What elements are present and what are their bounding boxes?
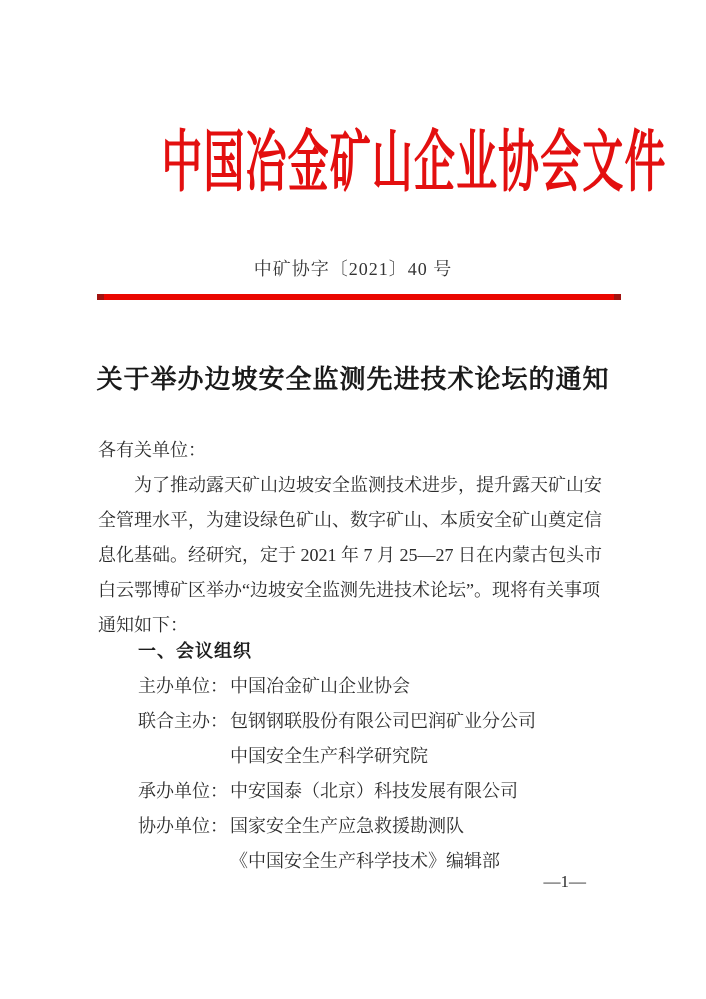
document-page: 中国冶金矿山企业协会文件 中矿协字〔2021〕40 号 关于举办边坡安全监测先进… — [0, 0, 706, 999]
letterhead: 中国冶金矿山企业协会文件 — [0, 127, 706, 199]
document-body: 各有关单位： 为了推动露天矿山边坡安全监测技术进步，提升露天矿山安 全管理水平，… — [98, 433, 622, 879]
organizer-row-cohost-continued: 中国安全生产科学研究院 — [98, 739, 622, 774]
organizer-role-label: 协办单位： — [138, 809, 230, 844]
organizer-row-host: 主办单位： 中国冶金矿山企业协会 — [98, 669, 622, 704]
organizer-name: 中国安全生产科学研究院 — [230, 739, 622, 774]
organizer-name: 中国冶金矿山企业协会 — [230, 669, 622, 704]
organizer-row-undertaker: 承办单位： 中安国泰（北京）科技发展有限公司 — [98, 774, 622, 809]
organizer-role-label — [138, 844, 230, 879]
letterhead-title: 中国冶金矿山企业协会文件 — [161, 127, 666, 199]
organizer-row-supporter: 协办单位： 国家安全生产应急救援勘测队 — [98, 809, 622, 844]
doc-reference-number: 中矿协字〔2021〕40 号 — [0, 257, 706, 281]
organizer-role-label: 联合主办： — [138, 704, 230, 739]
organizer-name: 包钢钢联股份有限公司巴润矿业分公司 — [230, 704, 622, 739]
red-divider-line — [97, 294, 621, 300]
page-number: —1— — [544, 871, 587, 893]
organizer-name: 中安国泰（北京）科技发展有限公司 — [230, 774, 622, 809]
organizer-row-cohost: 联合主办： 包钢钢联股份有限公司巴润矿业分公司 — [98, 704, 622, 739]
salutation: 各有关单位： — [98, 433, 622, 468]
organizer-list: 主办单位： 中国冶金矿山企业协会 联合主办： 包钢钢联股份有限公司巴润矿业分公司… — [98, 669, 622, 879]
organizer-role-label: 主办单位： — [138, 669, 230, 704]
organizer-role-label: 承办单位： — [138, 774, 230, 809]
section-heading-meeting-organization: 一、会议组织 — [98, 634, 622, 669]
organizer-role-label — [138, 739, 230, 774]
organizer-name: 国家安全生产应急救援勘测队 — [230, 809, 622, 844]
intro-paragraph: 为了推动露天矿山边坡安全监测技术进步，提升露天矿山安 全管理水平，为建设绿色矿山… — [98, 468, 622, 643]
document-title: 关于举办边坡安全监测先进技术论坛的通知 — [0, 360, 706, 400]
